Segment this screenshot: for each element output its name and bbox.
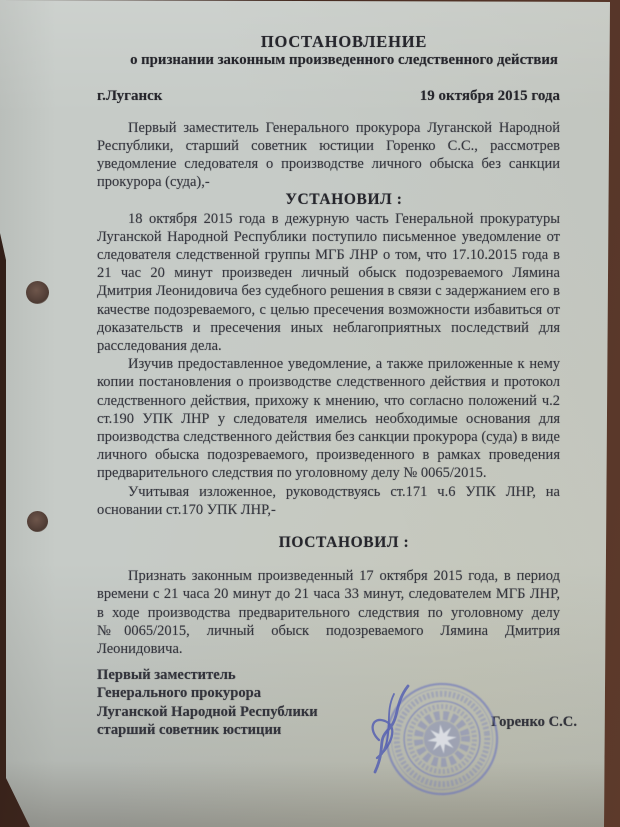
established-paragraph: 18 октября 2015 года в дежурную часть Ге…	[97, 210, 560, 356]
signature-title-line: Генерального прокурора	[97, 684, 577, 702]
established-paragraph: Изучив предоставленное уведомление, а та…	[97, 355, 560, 482]
signer-name: Горенко С.С.	[491, 713, 577, 731]
hole-punch-bottom	[27, 511, 48, 532]
place-date-line: г.Луганск 19 октября 2015 года	[97, 87, 560, 105]
established-paragraph: Учитывая изложенное, руководствуясь ст.1…	[97, 483, 560, 519]
hole-punch-top	[26, 281, 49, 304]
date-label: 19 октября 2015 года	[420, 87, 560, 105]
signature-title-line: Первый заместитель	[97, 666, 577, 684]
document-subtitle: о признании законным произведенного след…	[97, 51, 560, 69]
document-body: ПОСТАНОВЛЕНИЕ о признании законным произ…	[97, 0, 560, 658]
signature-block: Первый заместитель Генерального прокурор…	[97, 666, 577, 816]
place-label: г.Луганск	[97, 87, 162, 105]
resolution-paragraph: Признать законным произведенный 17 октяб…	[97, 567, 560, 658]
established-heading: УСТАНОВИЛ :	[97, 191, 560, 209]
photo-background: ПОСТАНОВЛЕНИЕ о признании законным произ…	[0, 0, 620, 827]
document-title: ПОСТАНОВЛЕНИЕ	[97, 33, 560, 51]
paper-sheet: ПОСТАНОВЛЕНИЕ о признании законным произ…	[0, 0, 620, 827]
handwritten-signature	[364, 680, 426, 780]
resolved-heading: ПОСТАНОВИЛ :	[97, 534, 560, 552]
intro-paragraph: Первый заместитель Генерального прокурор…	[97, 119, 560, 192]
